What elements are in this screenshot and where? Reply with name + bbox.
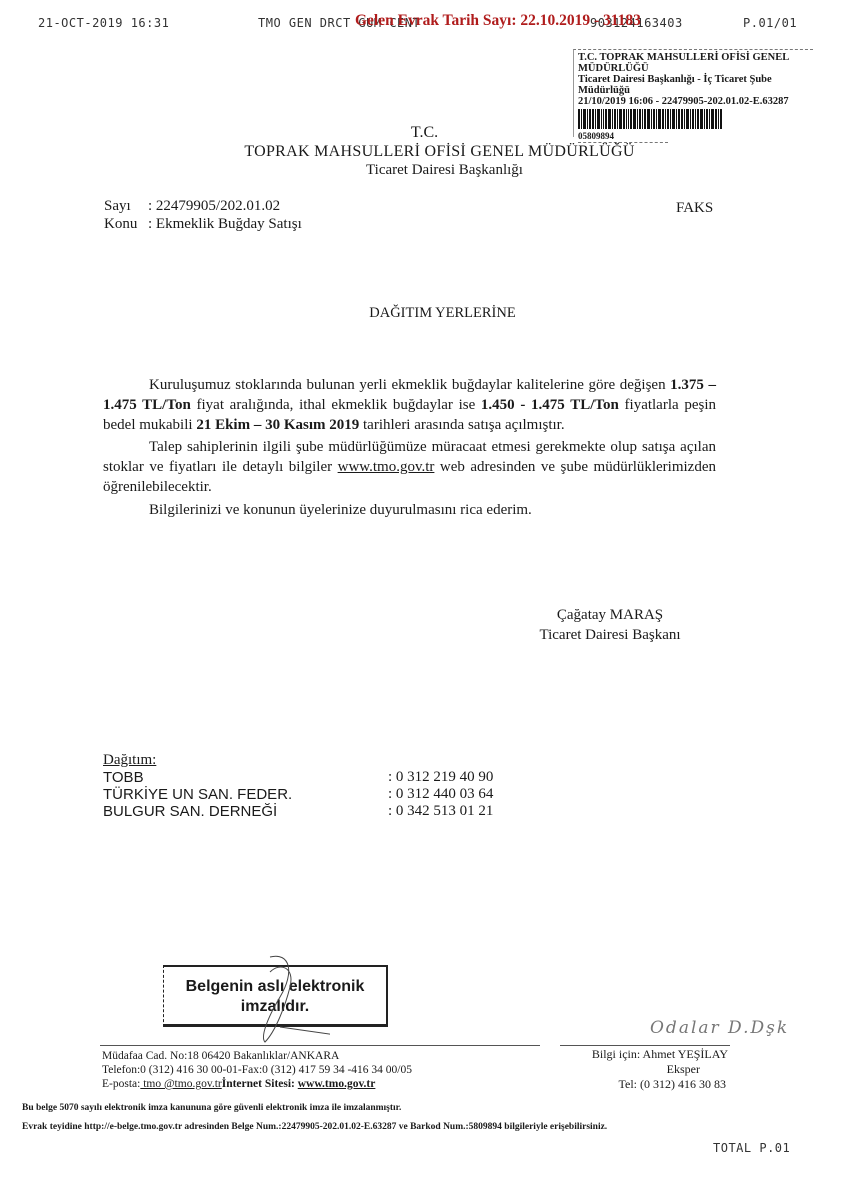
website-link[interactable]: www.tmo.gov.tr — [338, 459, 435, 475]
letterhead-org: TOPRAK MAHSULLERİ OFİSİ GENEL MÜDÜRLÜĞÜ — [0, 143, 849, 161]
konu-row: Konu: Ekmeklik Buğday Satışı — [104, 216, 302, 233]
recipient-phone: : 0 312 440 03 64 — [388, 786, 493, 803]
konu-label: Konu — [104, 216, 148, 233]
distribution-heading: Dağıtım: — [103, 752, 493, 769]
recipient-name: TOBB — [103, 769, 388, 786]
footer-website-link[interactable]: www.tmo.gov.tr — [298, 1078, 376, 1090]
sayi-row: Sayı: 22479905/202.01.02 — [104, 198, 280, 215]
website-label: İnternet Sitesi: — [222, 1078, 298, 1090]
fax-total-pages: TOTAL P.01 — [713, 1141, 790, 1155]
p1-text: fiyat aralığında, ithal ekmeklik buğdayl… — [191, 397, 481, 413]
sayi-label: Sayı — [104, 198, 148, 215]
legal-notice-1: Bu belge 5070 sayılı elektronik imza kan… — [22, 1103, 401, 1113]
distribution-row: TOBB: 0 312 219 40 90 — [103, 769, 493, 786]
imported-price-range: 1.450 - 1.475 TL/Ton — [481, 397, 619, 413]
legal-notice-2: Evrak teyidine http://e-belge.tmo.gov.tr… — [22, 1122, 607, 1132]
recipient-name: TÜRKİYE UN SAN. FEDER. — [103, 786, 388, 803]
contact-person: Bilgi için: Ahmet YEŞİLAY — [560, 1047, 728, 1062]
barcode-ref: 21/10/2019 16:06 - 22479905-202.01.02-E.… — [578, 96, 809, 107]
footer-divider — [100, 1045, 540, 1046]
distribution-row: TÜRKİYE UN SAN. FEDER.: 0 312 440 03 64 — [103, 786, 493, 803]
barcode-org-line1: T.C. TOPRAK MAHSULLERİ OFİSİ GENEL — [578, 52, 809, 63]
p3-text: Bilgilerinizi ve konunun üyelerinize duy… — [149, 502, 532, 518]
contact-block: Bilgi için: Ahmet YEŞİLAY Eksper Tel: (0… — [560, 1047, 728, 1092]
barcode-dept-line1: Ticaret Dairesi Başkanlığı - İç Ticaret … — [578, 74, 809, 85]
fax-datetime: 21-OCT-2019 16:31 — [38, 16, 169, 30]
distribution-row: BULGUR SAN. DERNEĞİ: 0 342 513 01 21 — [103, 803, 493, 820]
email-link[interactable]: tmo @tmo.gov.tr — [140, 1078, 221, 1090]
recipient-phone: : 0 342 513 01 21 — [388, 803, 493, 820]
p1-text: Kuruluşumuz stoklarında bulunan yerli ek… — [149, 377, 670, 393]
email-label: E-posta: — [102, 1078, 140, 1090]
body-paragraph-2: Talep sahiplerinin ilgili şube müdürlüğü… — [103, 437, 716, 497]
sayi-value: : 22479905/202.01.02 — [148, 198, 280, 214]
document-type: FAKS — [676, 200, 713, 217]
received-stamp: Gelen Evrak Tarih Sayı: 22.10.2019 - 311… — [355, 12, 641, 30]
signature-scribble-icon — [240, 952, 330, 1047]
body-paragraph-3: Bilgilerinizi ve konunun üyelerinize duy… — [103, 500, 716, 520]
letterhead-tc: T.C. — [0, 124, 849, 142]
contact-title: Eksper — [560, 1062, 728, 1077]
recipient-name: BULGUR SAN. DERNEĞİ — [103, 803, 388, 820]
letterhead-dept: Ticaret Dairesi Başkanlığı — [0, 162, 849, 179]
handwritten-note: Odalar D.Dşk — [650, 1018, 789, 1038]
p1-text: tarihleri arasında satışa açılmıştır. — [359, 417, 564, 433]
recipient-phone: : 0 312 219 40 90 — [388, 769, 493, 786]
footer-phones: Telefon:0 (312) 416 30 00-01-Fax:0 (312)… — [102, 1063, 412, 1077]
footer-address-block: Müdafaa Cad. No:18 06420 Bakanlıklar/ANK… — [102, 1049, 412, 1091]
footer-contacts: E-posta: tmo @tmo.gov.trİnternet Sitesi:… — [102, 1077, 412, 1091]
barcode-org-line2: MÜDÜRLÜĞÜ — [578, 63, 809, 74]
barcode-dept-line2: Müdürlüğü — [578, 85, 809, 96]
contact-phone: Tel: (0 312) 416 30 83 — [560, 1077, 728, 1092]
distribution-list: Dağıtım: TOBB: 0 312 219 40 90 TÜRKİYE U… — [103, 752, 493, 820]
signatory-name: Çağatay MARAŞ — [510, 605, 710, 625]
konu-value: : Ekmeklik Buğday Satışı — [148, 216, 302, 232]
document-title: DAĞITIM YERLERİNE — [0, 305, 849, 322]
sale-period: 21 Ekim – 30 Kasım 2019 — [196, 417, 359, 433]
footer-address: Müdafaa Cad. No:18 06420 Bakanlıklar/ANK… — [102, 1049, 412, 1063]
signatory-title: Ticaret Dairesi Başkanı — [510, 625, 710, 645]
footer-divider — [560, 1045, 730, 1046]
fax-page: P.01/01 — [743, 16, 797, 30]
body-paragraph-1: Kuruluşumuz stoklarında bulunan yerli ek… — [103, 375, 716, 435]
signature-block: Çağatay MARAŞ Ticaret Dairesi Başkanı — [510, 605, 710, 645]
